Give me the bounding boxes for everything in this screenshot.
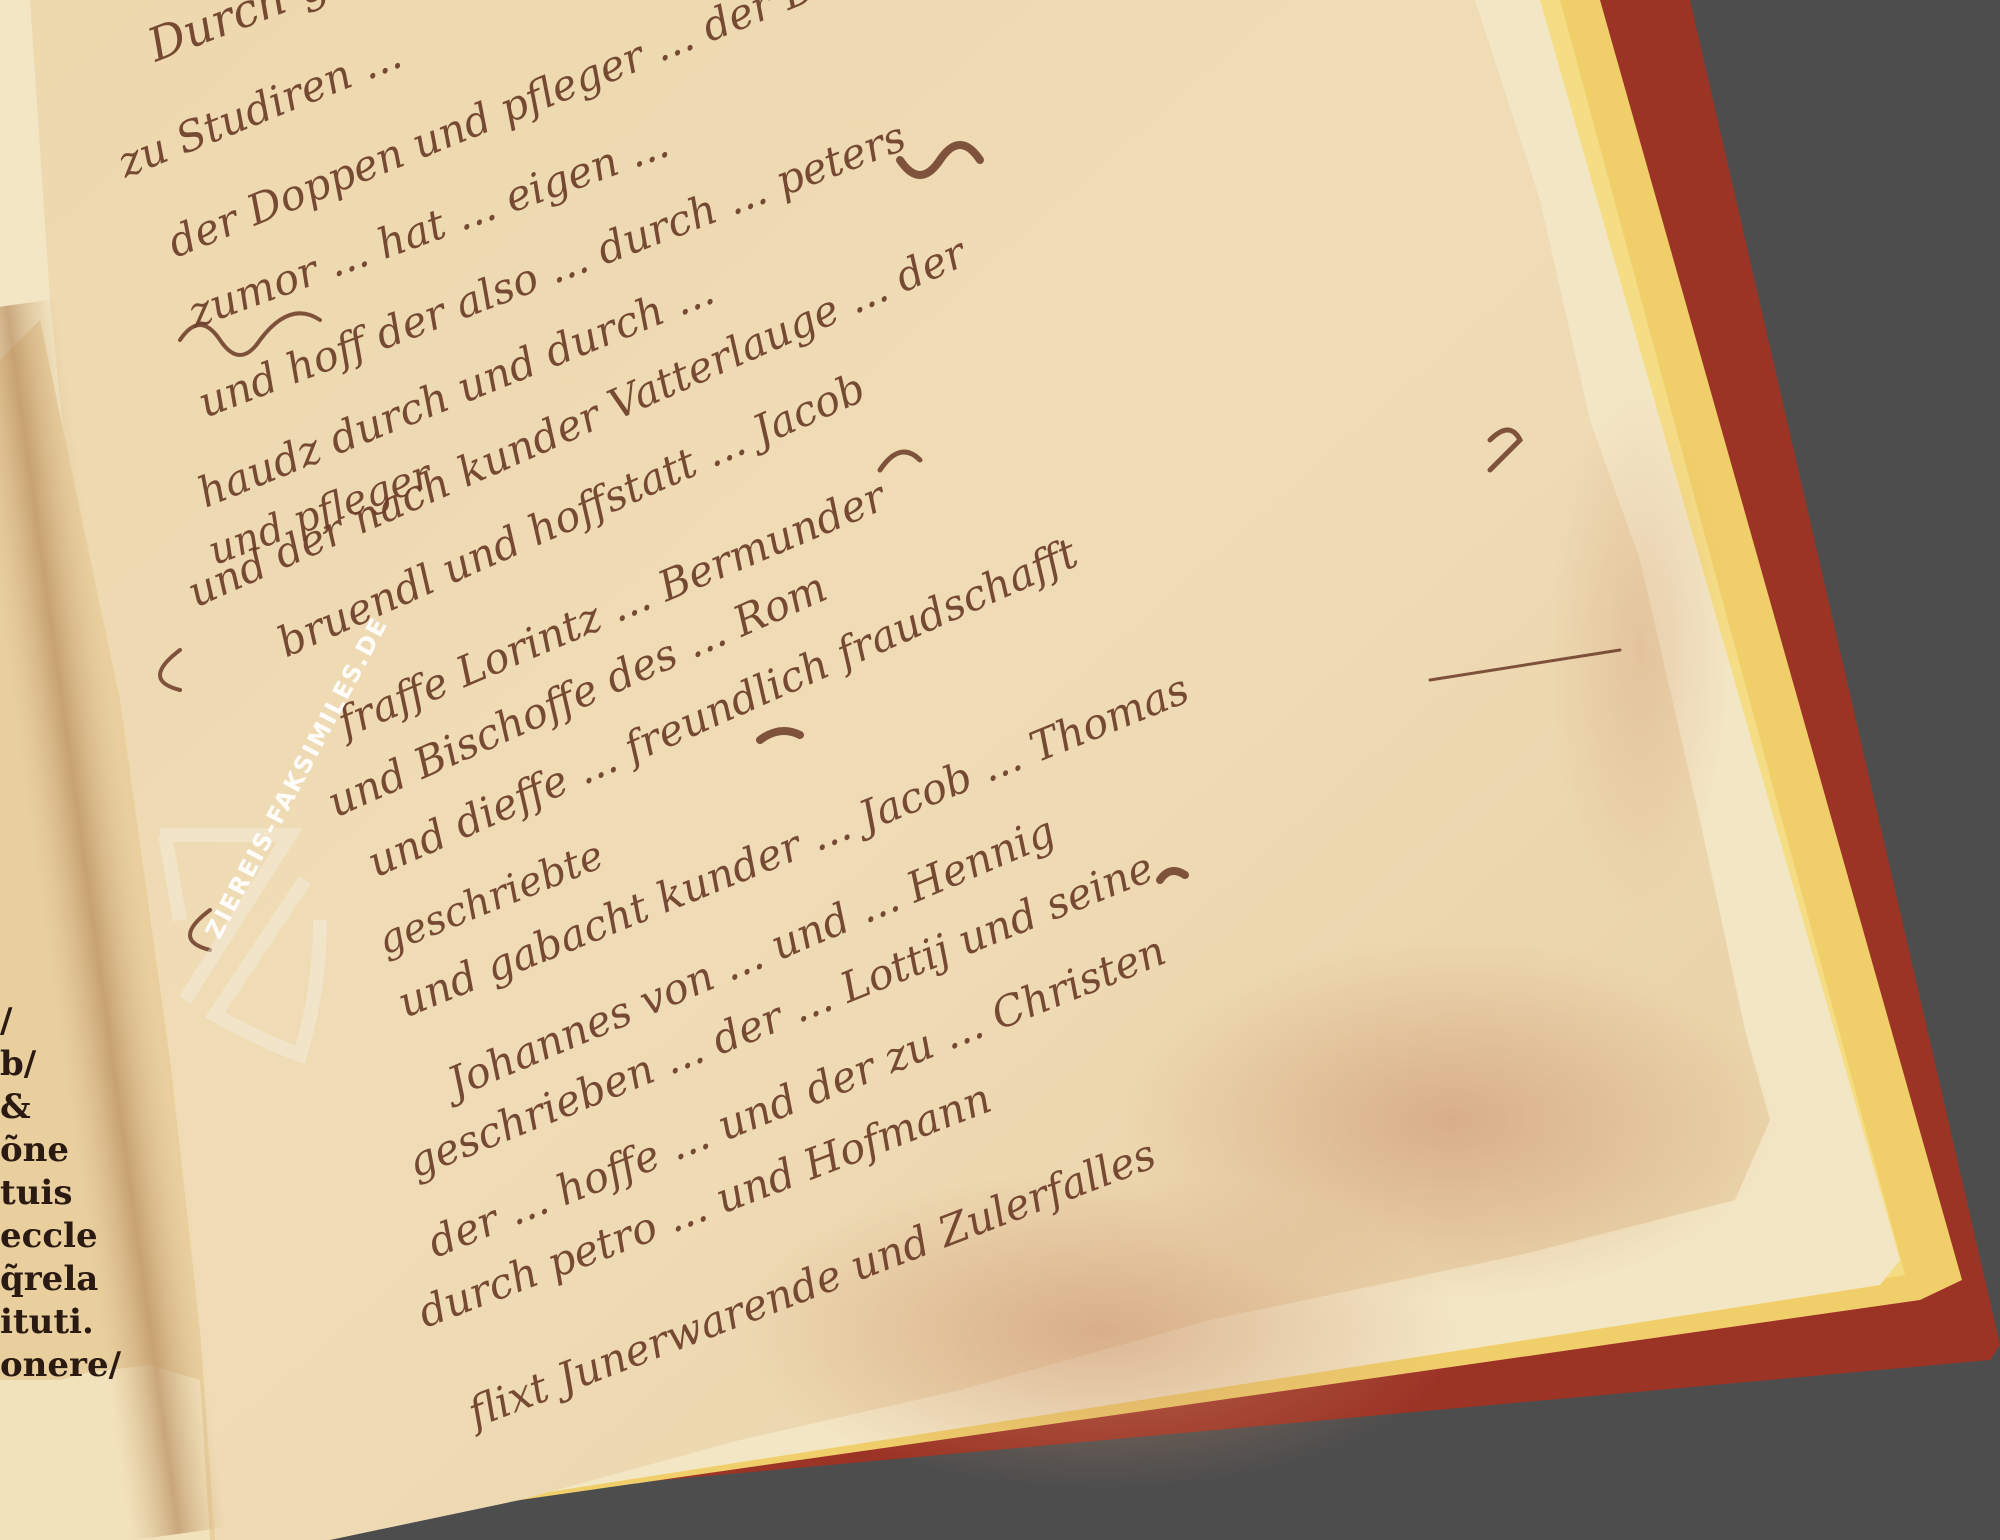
- printed-fragment: tuis: [0, 1172, 110, 1215]
- printed-fragment: ituti.: [0, 1301, 110, 1344]
- printed-fragment: b/: [0, 1043, 110, 1086]
- printed-fragment: /: [0, 1000, 110, 1043]
- photo-scene: Durch gnade ... zu Studiren ... der Dopp…: [0, 0, 2000, 1540]
- left-page-printed-text: / b/ & õne tuis eccle q̃rela ituti. oner…: [0, 1000, 110, 1387]
- printed-fragment: &: [0, 1086, 110, 1129]
- printed-fragment: õne: [0, 1129, 110, 1172]
- printed-fragment: eccle: [0, 1215, 110, 1258]
- printed-fragment: q̃rela: [0, 1258, 110, 1301]
- printed-fragment: onere/: [0, 1344, 110, 1387]
